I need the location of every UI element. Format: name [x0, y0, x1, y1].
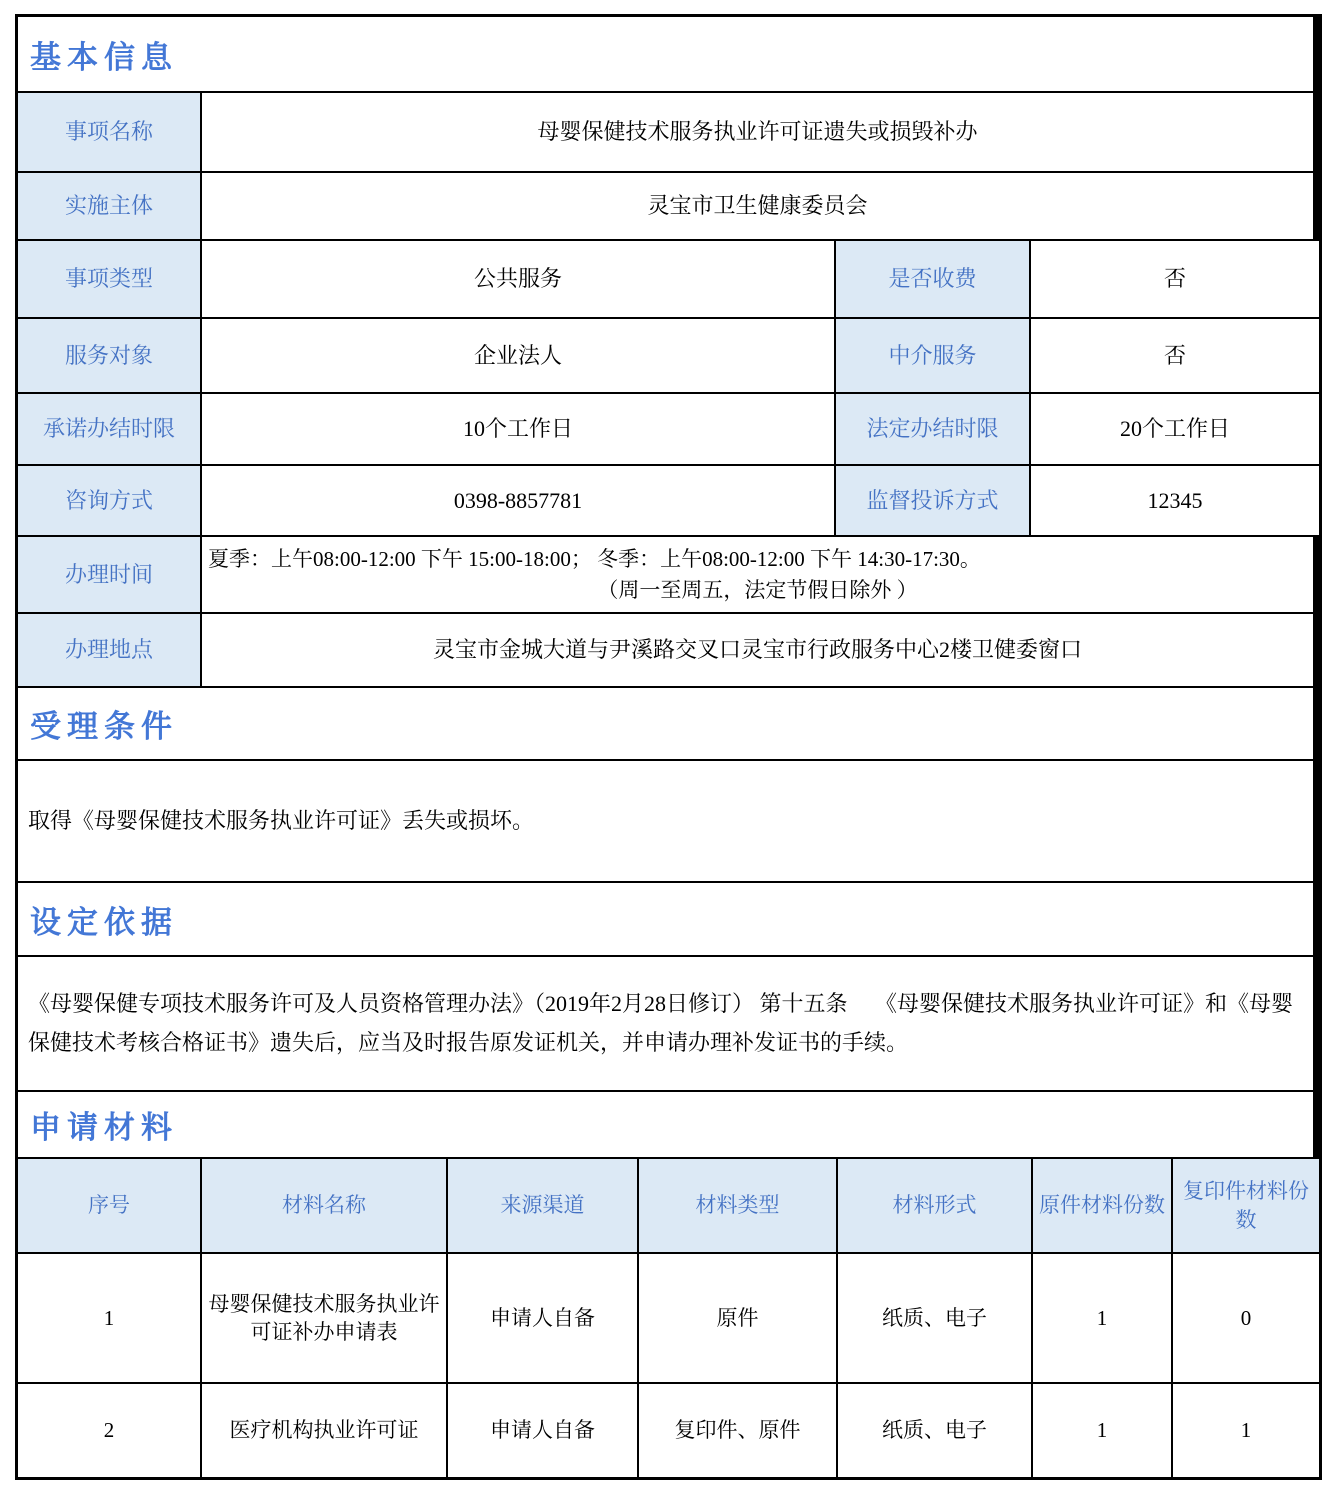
material-form: 纸质、电子 — [838, 1254, 1031, 1382]
material-copy-count: 1 — [1173, 1384, 1319, 1477]
service-hours-line2: （周一至周五，法定节假日除外 ） — [208, 575, 1307, 605]
service-target-label: 服务对象 — [18, 319, 200, 392]
row-service-hours: 办理时间 夏季：上午08:00-12:00 下午 15:00-18:00； 冬季… — [18, 537, 1319, 612]
materials-row: 1 母婴保健技术服务执业许可证补办申请表 申请人自备 原件 纸质、电子 1 0 — [18, 1254, 1319, 1382]
agency-value: 灵宝市卫生健康委员会 — [202, 173, 1313, 239]
material-original-count: 1 — [1033, 1254, 1171, 1382]
section-header-basic-info: 基本信息 — [18, 17, 1319, 91]
materials-row: 2 医疗机构执业许可证 申请人自备 复印件、原件 纸质、电子 1 1 — [18, 1384, 1319, 1477]
material-seq: 2 — [18, 1384, 200, 1477]
row-item-type: 事项类型 公共服务 是否收费 否 — [18, 241, 1319, 317]
consult-label: 咨询方式 — [18, 466, 200, 535]
complaint-value: 12345 — [1031, 466, 1319, 535]
item-type-value: 公共服务 — [202, 241, 834, 317]
section-header-acceptance: 受理条件 — [18, 688, 1319, 759]
material-original-count: 1 — [1033, 1384, 1171, 1477]
row-service-target: 服务对象 企业法人 中介服务 否 — [18, 319, 1319, 392]
material-type: 原件 — [639, 1254, 836, 1382]
acceptance-content-row: 取得《母婴保健技术服务执业许可证》丢失或损坏。 — [18, 761, 1319, 881]
section-header-materials: 申请材料 — [18, 1092, 1319, 1157]
materials-header-row: 序号 材料名称 来源渠道 材料类型 材料形式 原件材料份数 复印件材料份数 — [18, 1159, 1319, 1252]
material-form: 纸质、电子 — [838, 1384, 1031, 1477]
consult-value: 0398-8857781 — [202, 466, 834, 535]
materials-header-source: 来源渠道 — [448, 1159, 637, 1252]
material-source: 申请人自备 — [448, 1384, 637, 1477]
row-consult: 咨询方式 0398-8857781 监督投诉方式 12345 — [18, 466, 1319, 535]
row-time-limit: 承诺办结时限 10个工作日 法定办结时限 20个工作日 — [18, 394, 1319, 464]
service-hours-value: 夏季：上午08:00-12:00 下午 15:00-18:00； 冬季：上午08… — [202, 537, 1313, 612]
materials-header-original-count: 原件材料份数 — [1033, 1159, 1171, 1252]
material-name: 医疗机构执业许可证 — [202, 1384, 446, 1477]
promised-limit-label: 承诺办结时限 — [18, 394, 200, 464]
intermediary-value: 否 — [1031, 319, 1319, 392]
materials-header-form: 材料形式 — [838, 1159, 1031, 1252]
basis-content: 《母婴保健专项技术服务许可及人员资格管理办法》（2019年2月28日修订） 第十… — [18, 957, 1313, 1090]
materials-header-type: 材料类型 — [639, 1159, 836, 1252]
fee-value: 否 — [1031, 241, 1319, 317]
row-item-name: 事项名称 母婴保健技术服务执业许可证遗失或损毁补办 — [18, 93, 1319, 171]
item-name-value: 母婴保健技术服务执业许可证遗失或损毁补办 — [202, 93, 1313, 171]
acceptance-content: 取得《母婴保健技术服务执业许可证》丢失或损坏。 — [18, 761, 1313, 881]
service-location-label: 办理地点 — [18, 614, 200, 686]
complaint-label: 监督投诉方式 — [836, 466, 1029, 535]
section-title-basic-info: 基本信息 — [30, 32, 178, 77]
material-copy-count: 0 — [1173, 1254, 1319, 1382]
section-title-basis: 设定依据 — [30, 897, 178, 942]
material-source: 申请人自备 — [448, 1254, 637, 1382]
basis-content-row: 《母婴保健专项技术服务许可及人员资格管理办法》（2019年2月28日修订） 第十… — [18, 957, 1319, 1090]
intermediary-label: 中介服务 — [836, 319, 1029, 392]
section-title-acceptance: 受理条件 — [30, 701, 178, 746]
legal-limit-label: 法定办结时限 — [836, 394, 1029, 464]
materials-header-copy-count: 复印件材料份数 — [1173, 1159, 1319, 1252]
service-info-sheet: 基本信息 事项名称 母婴保健技术服务执业许可证遗失或损毁补办 实施主体 灵宝市卫… — [15, 14, 1322, 1480]
item-name-label: 事项名称 — [18, 93, 200, 171]
material-seq: 1 — [18, 1254, 200, 1382]
promised-limit-value: 10个工作日 — [202, 394, 834, 464]
material-name: 母婴保健技术服务执业许可证补办申请表 — [202, 1254, 446, 1382]
section-header-basis: 设定依据 — [18, 883, 1319, 955]
service-location-value: 灵宝市金城大道与尹溪路交叉口灵宝市行政服务中心2楼卫健委窗口 — [202, 614, 1313, 686]
materials-header-seq: 序号 — [18, 1159, 200, 1252]
row-implementing-agency: 实施主体 灵宝市卫生健康委员会 — [18, 173, 1319, 239]
service-hours-label: 办理时间 — [18, 537, 200, 612]
agency-label: 实施主体 — [18, 173, 200, 239]
row-service-location: 办理地点 灵宝市金城大道与尹溪路交叉口灵宝市行政服务中心2楼卫健委窗口 — [18, 614, 1319, 686]
materials-header-name: 材料名称 — [202, 1159, 446, 1252]
service-hours-line1: 夏季：上午08:00-12:00 下午 15:00-18:00； 冬季：上午08… — [208, 544, 1307, 574]
legal-limit-value: 20个工作日 — [1031, 394, 1319, 464]
section-title-materials: 申请材料 — [30, 1102, 178, 1147]
service-target-value: 企业法人 — [202, 319, 834, 392]
fee-label: 是否收费 — [836, 241, 1029, 317]
material-type: 复印件、原件 — [639, 1384, 836, 1477]
item-type-label: 事项类型 — [18, 241, 200, 317]
